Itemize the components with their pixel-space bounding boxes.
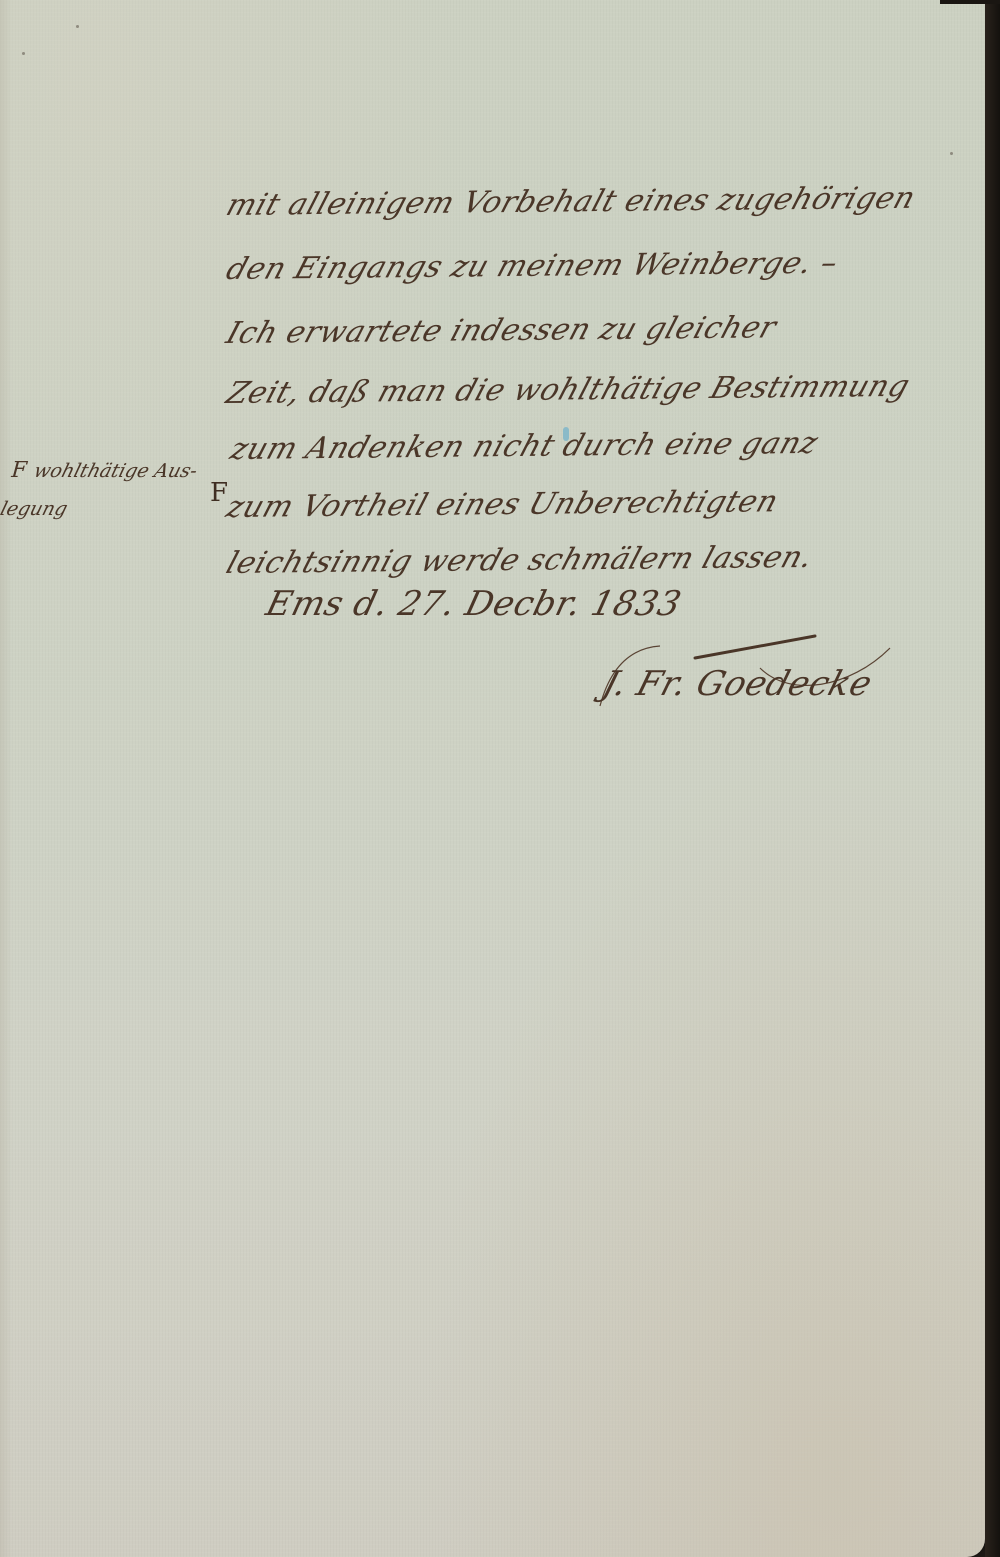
body-line-5: zum Andenken nicht durch eine ganz <box>226 426 822 467</box>
body-line-6: zum Vortheil eines Unberechtigten <box>222 484 783 525</box>
paper-speck <box>950 152 953 155</box>
page-fold-shadow <box>0 0 12 1557</box>
paper-speck <box>76 25 79 28</box>
blue-ink-spot <box>563 427 569 441</box>
body-line-2: den Eingangs zu meinem Weinberge. – <box>222 246 843 287</box>
margin-note: F wohlthätige Aus- legung <box>0 452 216 528</box>
body-line-3: Ich erwartete indessen zu gleicher <box>222 310 781 351</box>
margin-note-line-2: legung <box>0 490 206 528</box>
body-line-1: mit alleinigem Vorbehalt eines zugehörig… <box>222 181 920 223</box>
body-line-4: Zeit, daß man die wohlthätige Bestimmung <box>222 369 914 411</box>
body-line-7: leichtsinnig werde schmälern lassen. <box>222 540 818 581</box>
paper-speck <box>22 52 25 55</box>
manuscript-page: F wohlthätige Aus- legung mit alleinigem… <box>0 0 985 1557</box>
margin-note-text-1: wohlthätige Aus- <box>31 460 199 482</box>
insert-mark: F <box>210 478 228 508</box>
signature: J. Fr. Goedecke <box>598 664 877 704</box>
margin-note-line-1: F wohlthätige Aus- <box>6 452 216 490</box>
page-edge-shadow <box>985 0 1000 1557</box>
date-line: Ems d. 27. Decbr. 1833 <box>262 584 685 624</box>
page-edge-top <box>940 0 1000 4</box>
